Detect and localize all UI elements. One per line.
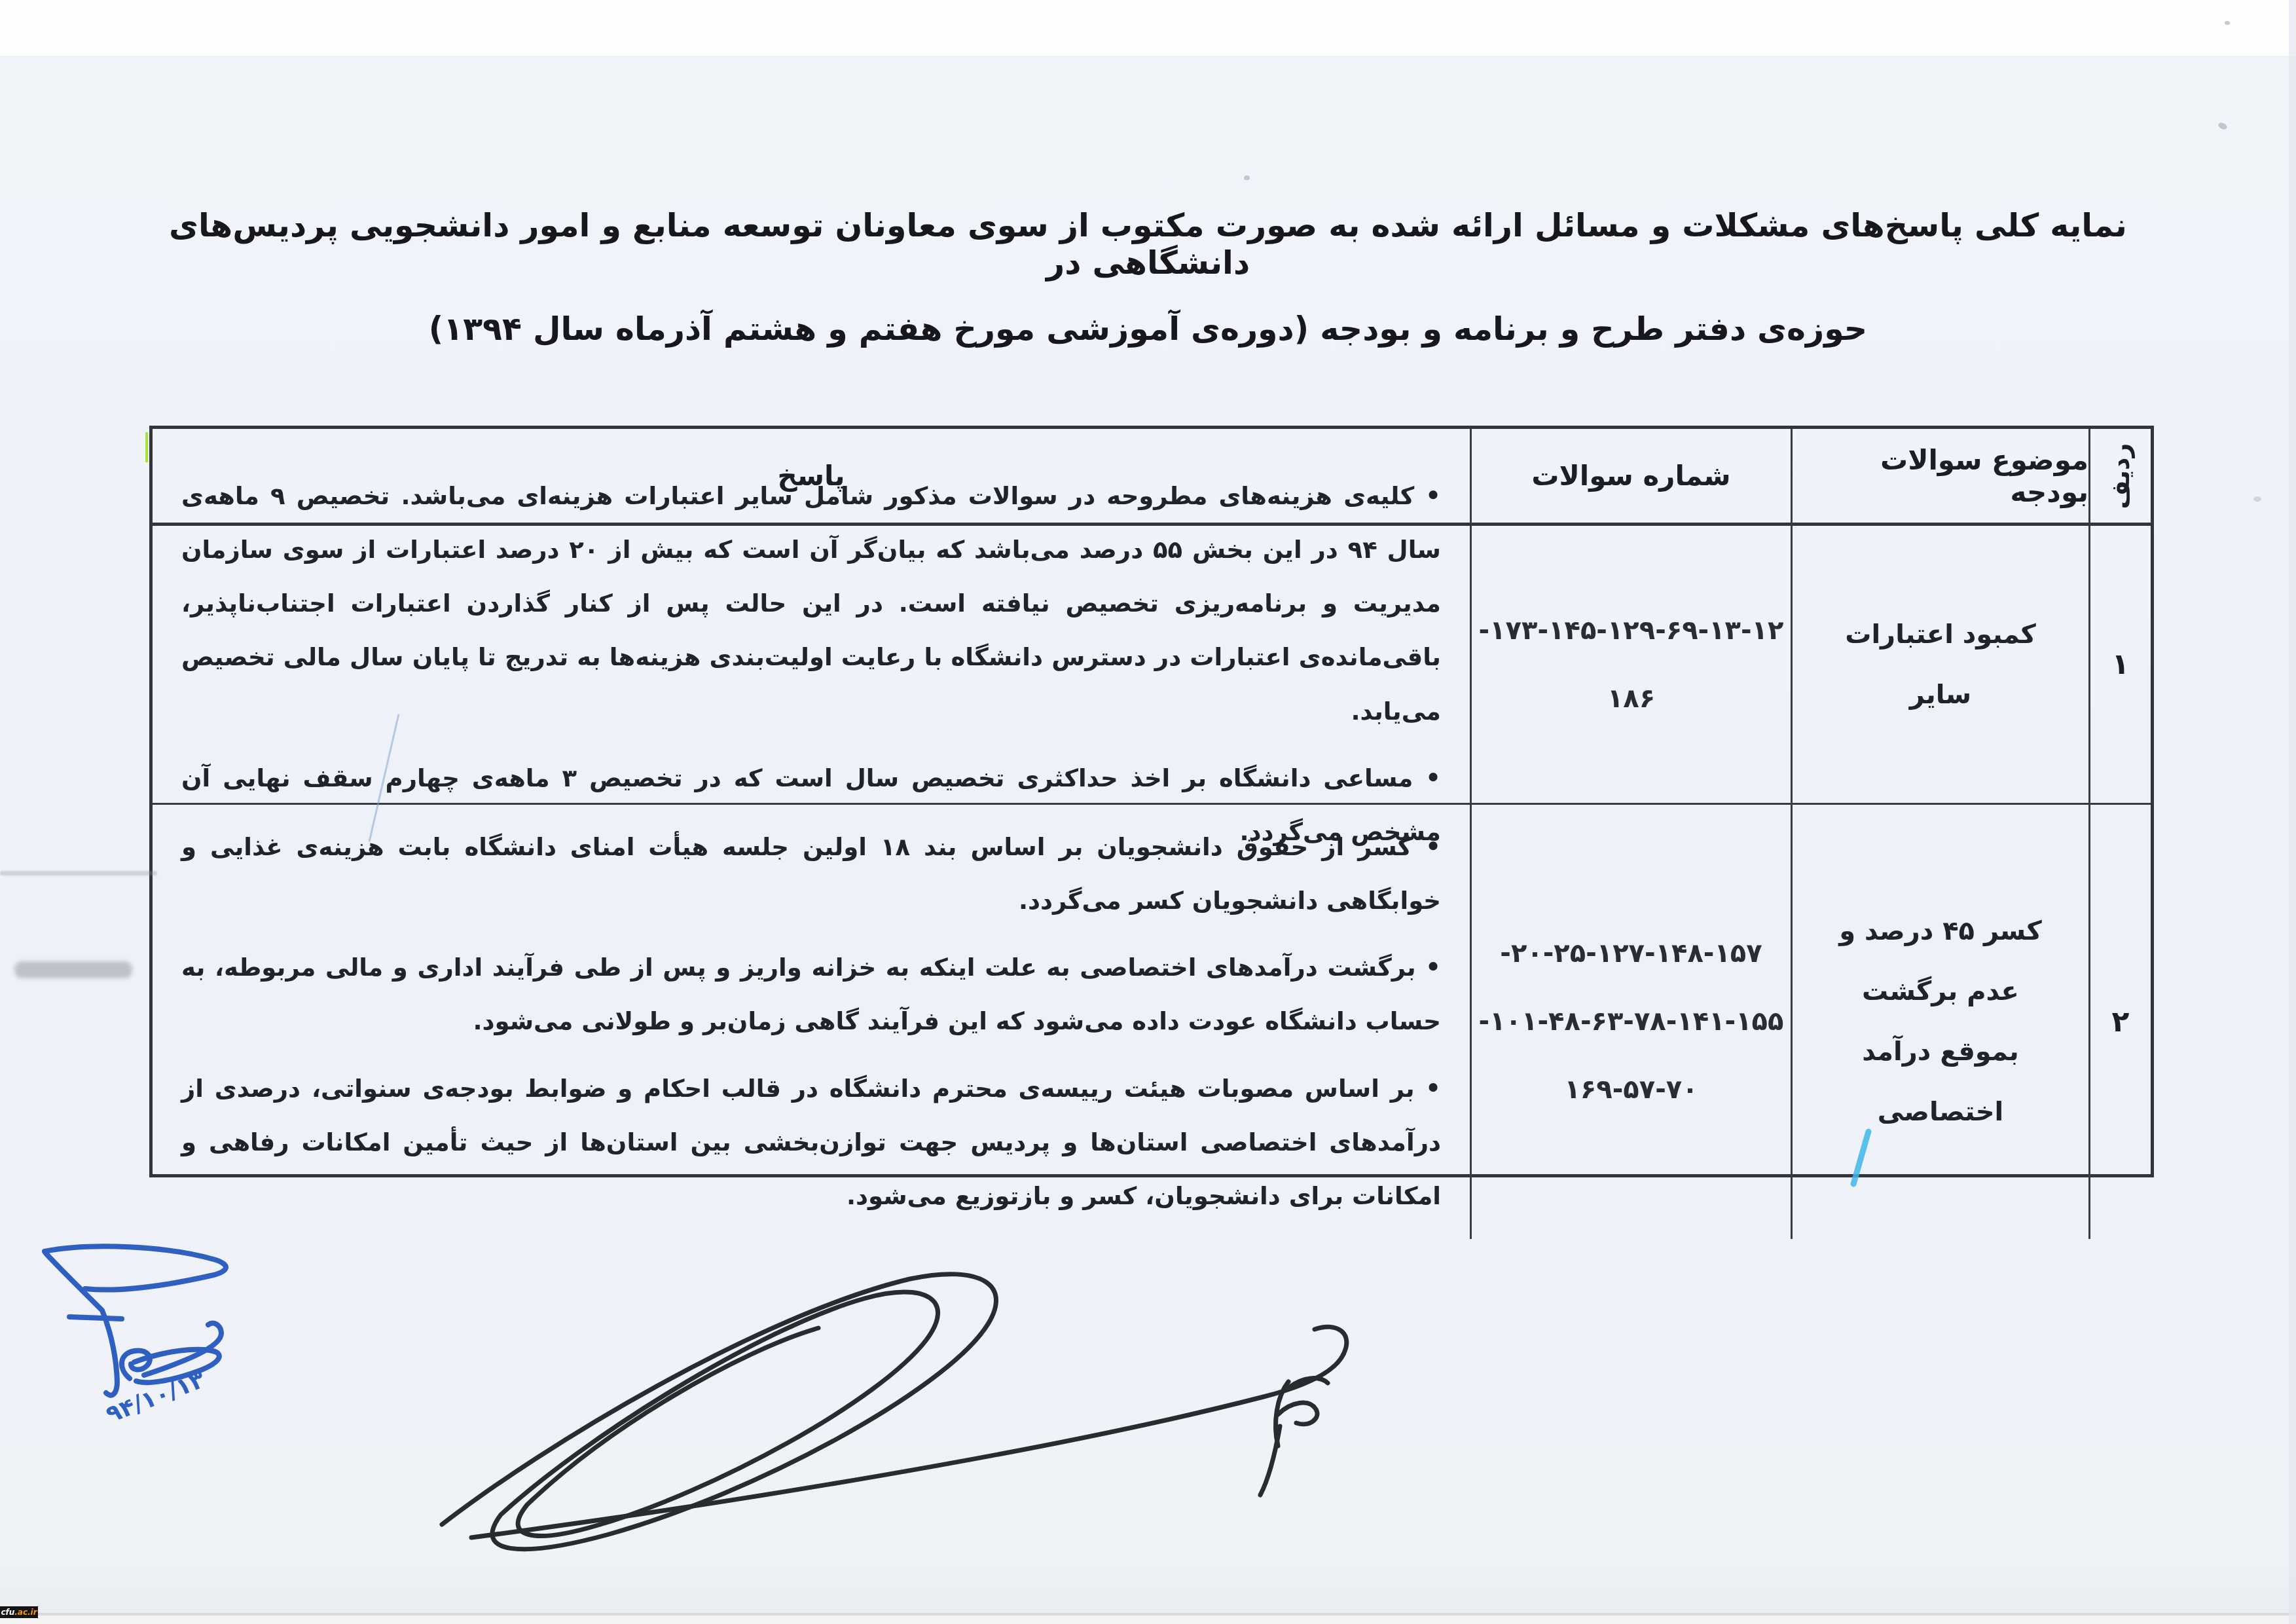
scan-speck xyxy=(1244,175,1250,180)
question-numbers-line: ۱۸۶ xyxy=(1607,684,1655,714)
table-row-1-index: ۱ xyxy=(2090,526,2151,805)
qa-table: پاسخ شماره سوالات موضوع سوالات بودجه ردی… xyxy=(149,426,2154,1177)
scan-speck xyxy=(2217,121,2228,130)
watermark-suffix: .ac.ir xyxy=(14,1608,37,1616)
header-question-numbers: شماره سوالات xyxy=(1472,429,1793,526)
answer-paragraph: • بر اساس مصوبات هیئت رییسه‌ی محترم دانش… xyxy=(181,1062,1441,1223)
table-row-2-answer: • کسر از حقوق دانشجویان بر اساس بند ۱۸ ا… xyxy=(153,805,1472,1239)
question-numbers-line: ۱۰۱-۴۸-۶۳-۷۸-۱۴۱-۱۵۵- xyxy=(1479,1006,1784,1037)
document-title: نمایه کلی پاسخ‌های مشکلات و مسائل ارائه … xyxy=(98,207,2198,348)
blue-pen-signature-drawing: ۹۴/۱۰/۱۳ xyxy=(33,1241,249,1450)
scan-bottom-strip xyxy=(0,1615,2296,1624)
blue-pen-signature: ۹۴/۱۰/۱۳ xyxy=(33,1241,249,1450)
site-watermark: cfu.ac.ir xyxy=(0,1606,38,1618)
scan-speck xyxy=(2225,21,2230,25)
header-row-index: ردیف xyxy=(2090,429,2151,526)
scanned-document-page: نمایه کلی پاسخ‌های مشکلات و مسائل ارائه … xyxy=(0,0,2296,1624)
table-row-2-topic: کسر ۴۵ درصد و عدم برگشت بموقع درآمد اختص… xyxy=(1793,805,2090,1239)
document-title-line1: نمایه کلی پاسخ‌های مشکلات و مسائل ارائه … xyxy=(98,207,2198,282)
black-pen-signature xyxy=(393,1230,1414,1564)
header-topic: موضوع سوالات بودجه xyxy=(1793,429,2090,526)
question-numbers-line: ۱۷۳-۱۴۵-۱۲۹-۶۹-۱۳-۱۲- xyxy=(1479,616,1784,646)
pencil-streak-artifact xyxy=(0,871,157,876)
scan-speck xyxy=(2253,496,2261,502)
question-numbers-line: ۱۶۹-۵۷-۷۰ xyxy=(1564,1075,1698,1105)
table-row-1-topic: کمبود اعتبارات سایر xyxy=(1793,526,2090,805)
scan-color-artifact xyxy=(145,432,148,462)
table-row-2-question-numbers: ۲۰-۲۵-۱۲۷-۱۴۸-۱۵۷- ۱۰۱-۴۸-۶۳-۷۸-۱۴۱-۱۵۵-… xyxy=(1472,805,1793,1239)
question-numbers-line: ۲۰-۲۵-۱۲۷-۱۴۸-۱۵۷- xyxy=(1500,938,1762,969)
table-row-1-question-numbers: ۱۷۳-۱۴۵-۱۲۹-۶۹-۱۳-۱۲- ۱۸۶ xyxy=(1472,526,1793,805)
document-title-line2: حوزه‌ی دفتر طرح و برنامه و بودجه (دوره‌ی… xyxy=(98,310,2198,348)
scan-top-edge xyxy=(0,0,2296,57)
pencil-smudge-artifact xyxy=(14,961,132,978)
answer-paragraph: • برگشت درآمدهای اختصاصی به علت اینکه به… xyxy=(181,941,1441,1048)
watermark-prefix: cfu xyxy=(1,1608,14,1616)
scan-right-edge xyxy=(2289,0,2296,1624)
header-row-index-label: ردیف xyxy=(2106,443,2135,509)
table-row-1-answer: • کلیه‌ی هزینه‌های مطروحه در سوالات مذکو… xyxy=(153,526,1472,805)
table-row-2-index: ۲ xyxy=(2090,805,2151,1239)
answer-paragraph: • کلیه‌ی هزینه‌های مطروحه در سوالات مذکو… xyxy=(181,470,1441,739)
black-pen-signature-drawing xyxy=(393,1230,1414,1564)
